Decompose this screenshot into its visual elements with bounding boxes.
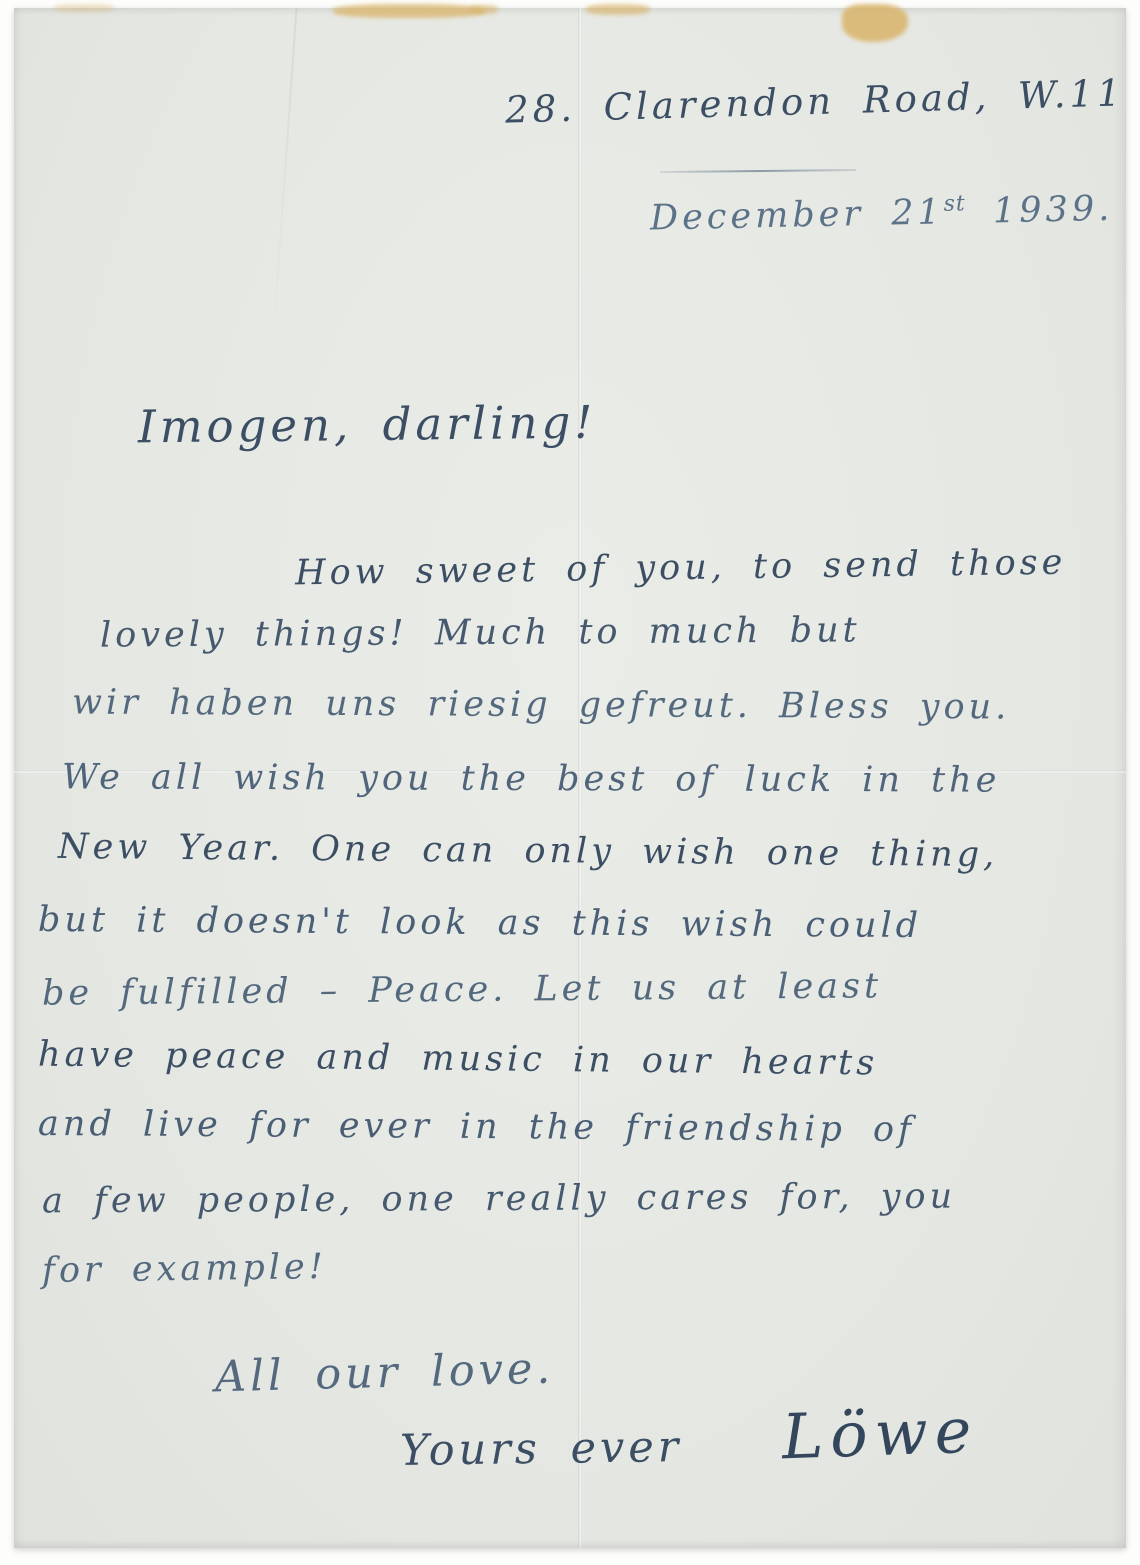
signature: Löwe: [781, 1397, 980, 1472]
letter-line: wir haben uns riesig gefreut. Bless you.: [72, 684, 1010, 727]
letter-line: New Year. One can only wish one thing,: [58, 828, 999, 875]
date-year: 1939.: [993, 189, 1114, 232]
date-ordinal: st: [943, 191, 966, 216]
corner-crease: [272, 8, 297, 337]
tape-stain: [54, 4, 114, 12]
letter-line: lovely things! Much to much but: [100, 611, 861, 655]
letter-line: have peace and music in our hearts: [38, 1036, 879, 1083]
letter-line: be fulfilled – Peace. Let us at least: [42, 967, 882, 1013]
tape-stain: [842, 4, 908, 42]
sender-address: 28. Clarendon Road, W.11: [505, 73, 1125, 131]
letter-paper: 28. Clarendon Road, W.11 December 21st 1…: [14, 8, 1126, 1548]
letter-line: We all wish you the best of luck in the: [62, 758, 1000, 800]
salutation: Imogen, darling!: [138, 398, 597, 452]
tape-stain: [586, 4, 650, 15]
letter-line: a few people, one really cares for, you: [42, 1178, 956, 1221]
letter-line: for example!: [42, 1248, 327, 1290]
header-divider-line: [660, 169, 856, 173]
letter-line: How sweet of you, to send those: [295, 544, 1067, 593]
date-main: December 21: [650, 192, 945, 238]
tape-stain: [470, 5, 498, 14]
signoff-line: Yours ever: [400, 1424, 683, 1475]
scan-background: 28. Clarendon Road, W.11 December 21st 1…: [0, 0, 1140, 1565]
letter-line: and live for ever in the friendship of: [38, 1105, 915, 1150]
letter-line: but it doesn't look as this wish could: [38, 901, 922, 946]
letter-date: December 21st 1939.: [650, 189, 1114, 238]
tape-stain: [333, 4, 485, 18]
closing-line: All our love.: [214, 1346, 554, 1402]
